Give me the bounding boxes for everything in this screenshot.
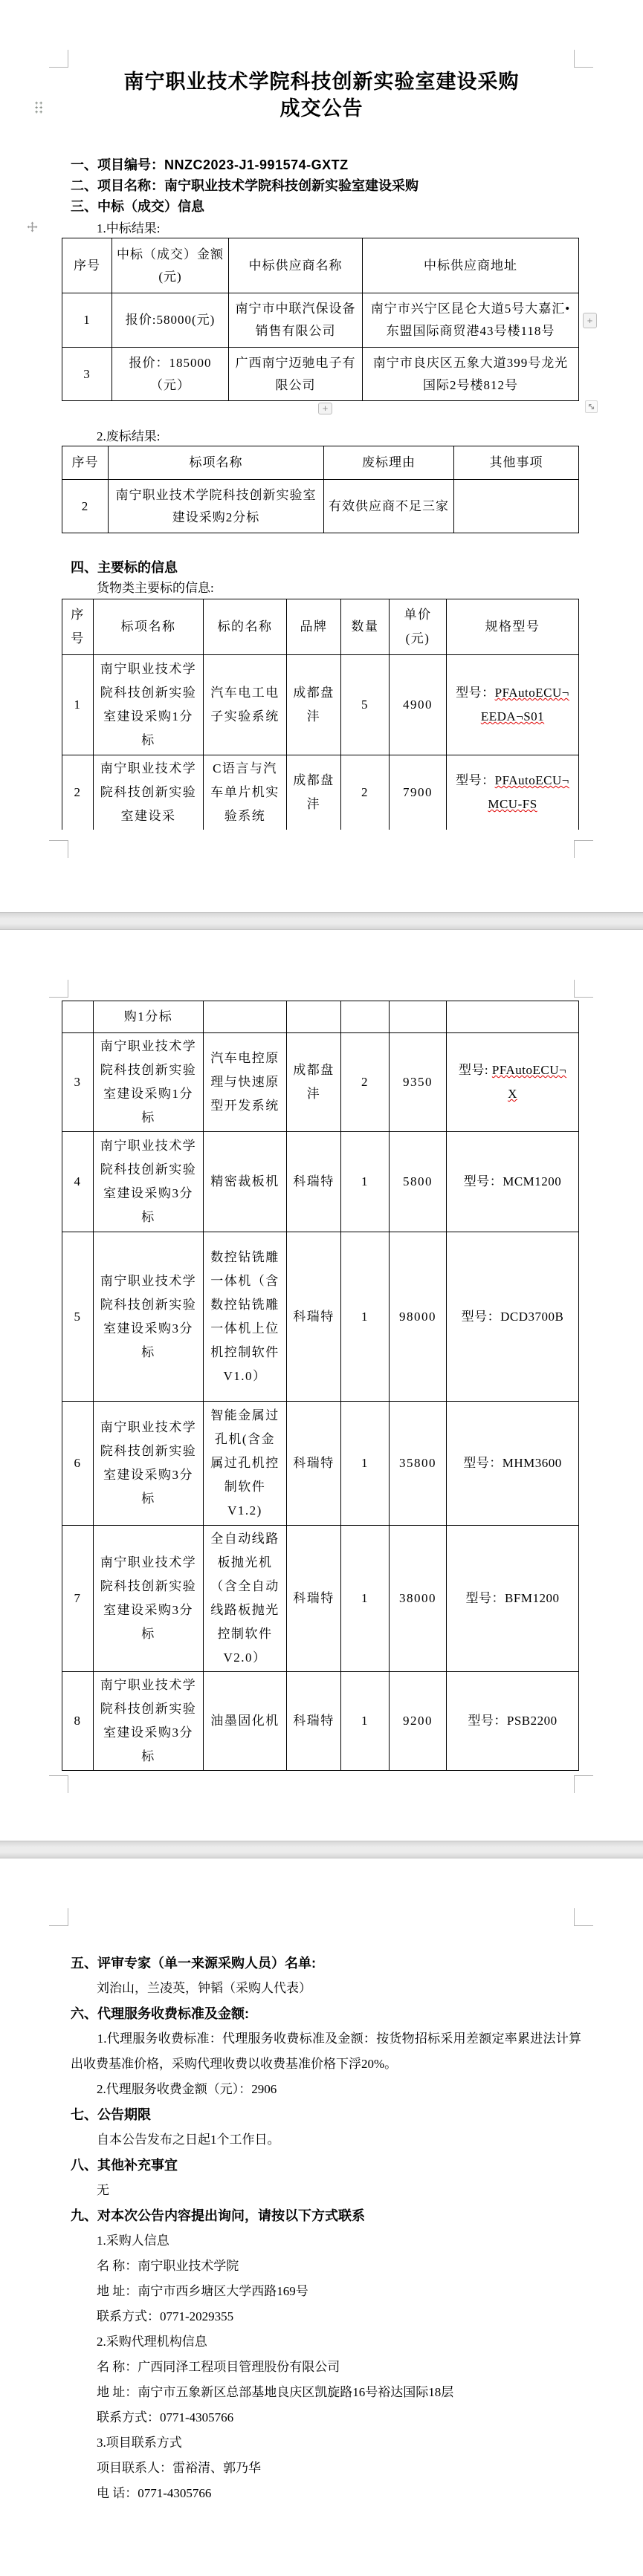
cell-price: 5800 bbox=[390, 1132, 447, 1232]
cell-spec: 型号：PFAutoECU¬ MCU-FS bbox=[447, 755, 579, 830]
cell-address: 南宁市兴宁区昆仑大道5号大嘉汇•东盟国际商贸港43号楼118号 bbox=[363, 293, 579, 348]
table-row: 3 南宁职业技术学院科技创新实验室建设采购1分标 汽车电控原理与快速原型开发系统… bbox=[62, 1033, 579, 1132]
header-cell-no: 序号 bbox=[62, 238, 112, 293]
cell-spec: 型号：MCM1200 bbox=[447, 1132, 579, 1232]
agent-address: 地 址：南宁市五象新区总部基地良庆区凯旋路16号裕达国际18层 bbox=[97, 2380, 581, 2405]
table-row-continuation: 购1分标 bbox=[62, 1001, 579, 1033]
agent-info-heading: 2.采购代理机构信息 bbox=[97, 2329, 581, 2355]
margin-crop-mark bbox=[574, 980, 593, 998]
notice-period-text: 自本公告发布之日起1个工作日。 bbox=[97, 2127, 581, 2153]
supplement-none: 无 bbox=[97, 2178, 581, 2203]
cell-item: 南宁职业技术学院科技创新实验室建设采购3分标 bbox=[94, 1402, 204, 1526]
plus-icon: + bbox=[587, 315, 593, 326]
section-1-project-number: 一、项目编号：NNZC2023-J1-991574-GXTZ bbox=[71, 155, 581, 175]
plus-icon: + bbox=[323, 403, 329, 414]
section-4-main-subject: 四、主要标的信息 bbox=[71, 557, 581, 578]
agency-fee-standard: 1.代理服务收费标准：代理服务收费标准及金额：按货物招标采用差额定率累进法计算出… bbox=[71, 2026, 581, 2077]
cell-qty: 1 bbox=[341, 1672, 390, 1771]
page-break-gap bbox=[0, 1841, 643, 1858]
award-result-table: 序号 中标（成交）金额(元) 中标供应商名称 中标供应商地址 1 报价:5800… bbox=[62, 238, 579, 401]
section-6-agency-fee: 六、代理服务收费标准及金额: bbox=[71, 2001, 581, 2026]
buyer-name: 名 称：南宁职业技术学院 bbox=[97, 2254, 581, 2279]
fail-result-table: 序号 标项名称 废标理由 其他事项 2 南宁职业技术学院科技创新实验室建设采购2… bbox=[62, 446, 579, 533]
cell-price: 4900 bbox=[390, 655, 447, 755]
cell-address: 南宁市良庆区五象大道399号龙光国际2号楼812号 bbox=[363, 348, 579, 401]
header-cell-spec: 规格型号 bbox=[447, 599, 579, 655]
cell-no: 4 bbox=[62, 1132, 94, 1232]
header-cell-price: 单价(元) bbox=[390, 599, 447, 655]
cell-spec: 型号: PFAutoECU¬ X bbox=[447, 1033, 579, 1132]
fail-result-subheading: 2.废标结果: bbox=[97, 428, 581, 446]
cell-item: 南宁职业技术学院科技创新实验室建设采 bbox=[94, 755, 204, 830]
header-cell-no: 序号 bbox=[62, 599, 94, 655]
cell-item: 南宁职业技术学院科技创新实验室建设采购3分标 bbox=[94, 1672, 204, 1771]
goods-table-page1: 序号 标项名称 标的名称 品牌 数量 单价(元) 规格型号 1 南宁职业技术学院… bbox=[62, 599, 579, 830]
buyer-address: 地 址：南宁市西乡塘区大学西路169号 bbox=[97, 2279, 581, 2304]
four-way-arrow-icon bbox=[27, 221, 38, 232]
header-cell-other: 其他事项 bbox=[454, 446, 579, 480]
section-7-notice-period: 七、公告期限 bbox=[71, 2102, 581, 2127]
header-cell-brand: 品牌 bbox=[287, 599, 341, 655]
margin-crop-mark bbox=[49, 1775, 68, 1793]
cell-brand bbox=[287, 1001, 341, 1033]
cell-no: 5 bbox=[62, 1232, 94, 1402]
cell-qty bbox=[341, 1001, 390, 1033]
cell-subject: 智能金属过孔机(含金属过孔机控制软件V1.2) bbox=[204, 1402, 287, 1526]
cell-brand: 科瑞特 bbox=[287, 1232, 341, 1402]
buyer-info-heading: 1.采购人信息 bbox=[97, 2228, 581, 2254]
cell-subject: 油墨固化机 bbox=[204, 1672, 287, 1771]
award-result-subheading: 1.中标结果: bbox=[97, 220, 581, 238]
insert-row-button[interactable]: + bbox=[318, 403, 332, 414]
cell-no: 3 bbox=[62, 348, 112, 401]
cell-subject: C语言与汽车单片机实验系统 bbox=[204, 755, 287, 830]
cell-subject bbox=[204, 1001, 287, 1033]
table-row: 1 南宁职业技术学院科技创新实验室建设采购1分标 汽车电工电子实验系统 成都盘沣… bbox=[62, 655, 579, 755]
cell-item: 南宁职业技术学院科技创新实验室建设采购3分标 bbox=[94, 1232, 204, 1402]
table-resize-handle[interactable] bbox=[585, 400, 598, 413]
table-header-row: 序号 标项名称 标的名称 品牌 数量 单价(元) 规格型号 bbox=[62, 599, 579, 655]
header-cell-address: 中标供应商地址 bbox=[363, 238, 579, 293]
cell-qty: 1 bbox=[341, 1402, 390, 1526]
spellcheck-flagged-text: PFAutoECU¬ EEDA¬S01 bbox=[481, 686, 569, 723]
cell-item: 南宁职业技术学院科技创新实验室建设采购1分标 bbox=[94, 1033, 204, 1132]
cell-amount: 报价：185000（元） bbox=[112, 348, 229, 401]
cell-price: 98000 bbox=[390, 1232, 447, 1402]
cell-spec: 型号：DCD3700B bbox=[447, 1232, 579, 1402]
cell-no: 7 bbox=[62, 1526, 94, 1672]
header-cell-reason: 废标理由 bbox=[324, 446, 454, 480]
cell-no: 1 bbox=[62, 655, 94, 755]
agent-phone: 联系方式：0771-4305766 bbox=[97, 2405, 581, 2430]
table-move-handle-icon[interactable] bbox=[27, 221, 38, 232]
document-title-line2: 成交公告 bbox=[62, 95, 581, 122]
section-2-project-name: 二、项目名称：南宁职业技术学院科技创新实验室建设采购 bbox=[71, 175, 581, 196]
cell-brand: 科瑞特 bbox=[287, 1132, 341, 1232]
cell-spec: 型号：PSB2200 bbox=[447, 1672, 579, 1771]
section-3-award-info: 三、中标（成交）信息 bbox=[71, 196, 581, 217]
cell-spec: 型号：MHM3600 bbox=[447, 1402, 579, 1526]
spellcheck-flagged-text: PFAutoECU¬ MCU-FS bbox=[488, 773, 569, 811]
cell-brand: 成都盘沣 bbox=[287, 1033, 341, 1132]
buyer-phone: 联系方式：0771-2029355 bbox=[97, 2304, 581, 2329]
table-header-row: 序号 标项名称 废标理由 其他事项 bbox=[62, 446, 579, 480]
document-title-line1: 南宁职业技术学院科技创新实验室建设采购 bbox=[62, 68, 581, 95]
cell-price: 9350 bbox=[390, 1033, 447, 1132]
header-cell-amount: 中标（成交）金额(元) bbox=[112, 238, 229, 293]
table-row: 7 南宁职业技术学院科技创新实验室建设采购3分标 全自动线路板抛光机（含全自动线… bbox=[62, 1526, 579, 1672]
cell-supplier: 南宁市中联汽保设备销售有限公司 bbox=[229, 293, 363, 348]
table-row: 1 报价:58000(元) 南宁市中联汽保设备销售有限公司 南宁市兴宁区昆仑大道… bbox=[62, 293, 579, 348]
margin-crop-mark bbox=[49, 980, 68, 998]
cell-item: 购1分标 bbox=[94, 1001, 204, 1033]
cell-brand: 成都盘沣 bbox=[287, 755, 341, 830]
cell-amount: 报价:58000(元) bbox=[112, 293, 229, 348]
cell-item: 南宁职业技术学院科技创新实验室建设采购3分标 bbox=[94, 1526, 204, 1672]
project-contact-phone: 电 话：0771-4305766 bbox=[97, 2481, 581, 2506]
cell-subject: 汽车电控原理与快速原型开发系统 bbox=[204, 1033, 287, 1132]
cell-price: 9200 bbox=[390, 1672, 447, 1771]
cell-no: 1 bbox=[62, 293, 112, 348]
margin-crop-mark bbox=[574, 840, 593, 858]
goods-subheading: 货物类主要标的信息: bbox=[97, 579, 581, 597]
table-row-split: 2 南宁职业技术学院科技创新实验室建设采 C语言与汽车单片机实验系统 成都盘沣 … bbox=[62, 755, 579, 830]
table-row: 6 南宁职业技术学院科技创新实验室建设采购3分标 智能金属过孔机(含金属过孔机控… bbox=[62, 1402, 579, 1526]
cell-price: 35800 bbox=[390, 1402, 447, 1526]
cell-no: 2 bbox=[62, 755, 94, 830]
document-page-1: ++++++ 南宁职业技术学院科技创新实验室建设采购 成交公告 一、项目编号：N… bbox=[0, 0, 643, 912]
page-break-gap bbox=[0, 912, 643, 930]
cell-no: 8 bbox=[62, 1672, 94, 1771]
cell-qty: 1 bbox=[341, 1526, 390, 1672]
cell-qty: 2 bbox=[341, 1033, 390, 1132]
cell-no: 6 bbox=[62, 1402, 94, 1526]
cell-brand: 科瑞特 bbox=[287, 1402, 341, 1526]
cell-spec: 型号：BFM1200 bbox=[447, 1526, 579, 1672]
project-number-value: NNZC2023-J1-991574-GXTZ bbox=[164, 157, 349, 172]
table-row: 8 南宁职业技术学院科技创新实验室建设采购3分标 油墨固化机 科瑞特 1 920… bbox=[62, 1672, 579, 1771]
table-row: 4 南宁职业技术学院科技创新实验室建设采购3分标 精密裁板机 科瑞特 1 580… bbox=[62, 1132, 579, 1232]
margin-crop-mark bbox=[574, 1775, 593, 1793]
section-8-supplement: 八、其他补充事宜 bbox=[71, 2153, 581, 2178]
cell-spec bbox=[447, 1001, 579, 1033]
agent-name: 名 称：广西同泽工程项目管理股份有限公司 bbox=[97, 2355, 581, 2380]
cell-subject: 精密裁板机 bbox=[204, 1132, 287, 1232]
table-row: 2 南宁职业技术学院科技创新实验室建设采购2分标 有效供应商不足三家 bbox=[62, 480, 579, 533]
cell-subject: 数控钻铣雕一体机（含数控钻铣雕一体机上位机控制软件V1.0） bbox=[204, 1232, 287, 1402]
margin-crop-mark bbox=[49, 840, 68, 858]
cell-price bbox=[390, 1001, 447, 1033]
project-contact-names: 项目联系人：雷裕清、郭乃华 bbox=[97, 2456, 581, 2481]
header-cell-no: 序号 bbox=[62, 446, 109, 480]
section-9-contact: 九、对本次公告内容提出询问，请按以下方式联系 bbox=[71, 2203, 581, 2228]
section-5-experts: 五、评审专家（单一来源采购人员）名单: bbox=[71, 1951, 581, 1976]
insert-column-button[interactable]: + bbox=[583, 313, 597, 328]
document-title: 南宁职业技术学院科技创新实验室建设采购 成交公告 bbox=[62, 0, 581, 122]
table-header-row: 序号 中标（成交）金额(元) 中标供应商名称 中标供应商地址 bbox=[62, 238, 579, 293]
cell-item: 南宁职业技术学院科技创新实验室建设采购1分标 bbox=[94, 655, 204, 755]
document-page-3: 五、评审专家（单一来源采购人员）名单: 刘治山，兰凌英，钟韬（采购人代表） 六、… bbox=[0, 1858, 643, 2576]
project-contact-heading: 3.项目联系方式 bbox=[97, 2430, 581, 2456]
cell-price: 7900 bbox=[390, 755, 447, 830]
cell-other bbox=[454, 480, 579, 533]
header-cell-subject: 标的名称 bbox=[204, 599, 287, 655]
expert-names: 刘治山，兰凌英，钟韬（采购人代表） bbox=[97, 1976, 581, 2001]
spellcheck-flagged-text: PFAutoECU¬ X bbox=[492, 1063, 566, 1101]
header-cell-item: 标项名称 bbox=[109, 446, 324, 480]
cell-item: 南宁职业技术学院科技创新实验室建设采购3分标 bbox=[94, 1132, 204, 1232]
table-row: 5 南宁职业技术学院科技创新实验室建设采购3分标 数控钻铣雕一体机（含数控钻铣雕… bbox=[62, 1232, 579, 1402]
cell-item: 南宁职业技术学院科技创新实验室建设采购2分标 bbox=[109, 480, 324, 533]
cell-qty: 5 bbox=[341, 655, 390, 755]
table-row: 3 报价：185000（元） 广西南宁迈驰电子有限公司 南宁市良庆区五象大道39… bbox=[62, 348, 579, 401]
goods-table-page2: 购1分标 3 南宁职业技术学院科技创新实验室建设采购1分标 汽车电控原理与快速原… bbox=[62, 1001, 579, 1771]
cell-no: 2 bbox=[62, 480, 109, 533]
cell-brand: 成都盘沣 bbox=[287, 655, 341, 755]
header-cell-item: 标项名称 bbox=[94, 599, 204, 655]
cell-qty: 1 bbox=[341, 1232, 390, 1402]
document-page-2: 购1分标 3 南宁职业技术学院科技创新实验室建设采购1分标 汽车电控原理与快速原… bbox=[0, 930, 643, 1841]
header-cell-supplier: 中标供应商名称 bbox=[229, 238, 363, 293]
agency-fee-amount: 2.代理服务收费金额（元）：2906 bbox=[97, 2077, 581, 2102]
cell-supplier: 广西南宁迈驰电子有限公司 bbox=[229, 348, 363, 401]
cell-reason: 有效供应商不足三家 bbox=[324, 480, 454, 533]
drag-dots-icon[interactable]: ++++++ bbox=[35, 102, 45, 114]
cell-brand: 科瑞特 bbox=[287, 1526, 341, 1672]
cell-no: 3 bbox=[62, 1033, 94, 1132]
diagonal-resize-icon bbox=[586, 401, 597, 412]
cell-qty: 1 bbox=[341, 1132, 390, 1232]
cell-spec: 型号：PFAutoECU¬ EEDA¬S01 bbox=[447, 655, 579, 755]
cell-price: 38000 bbox=[390, 1526, 447, 1672]
cell-subject: 汽车电工电子实验系统 bbox=[204, 655, 287, 755]
cell-no bbox=[62, 1001, 94, 1033]
header-cell-qty: 数量 bbox=[341, 599, 390, 655]
cell-subject: 全自动线路板抛光机（含全自动线路板抛光控制软件V2.0） bbox=[204, 1526, 287, 1672]
cell-qty: 2 bbox=[341, 755, 390, 830]
cell-brand: 科瑞特 bbox=[287, 1672, 341, 1771]
